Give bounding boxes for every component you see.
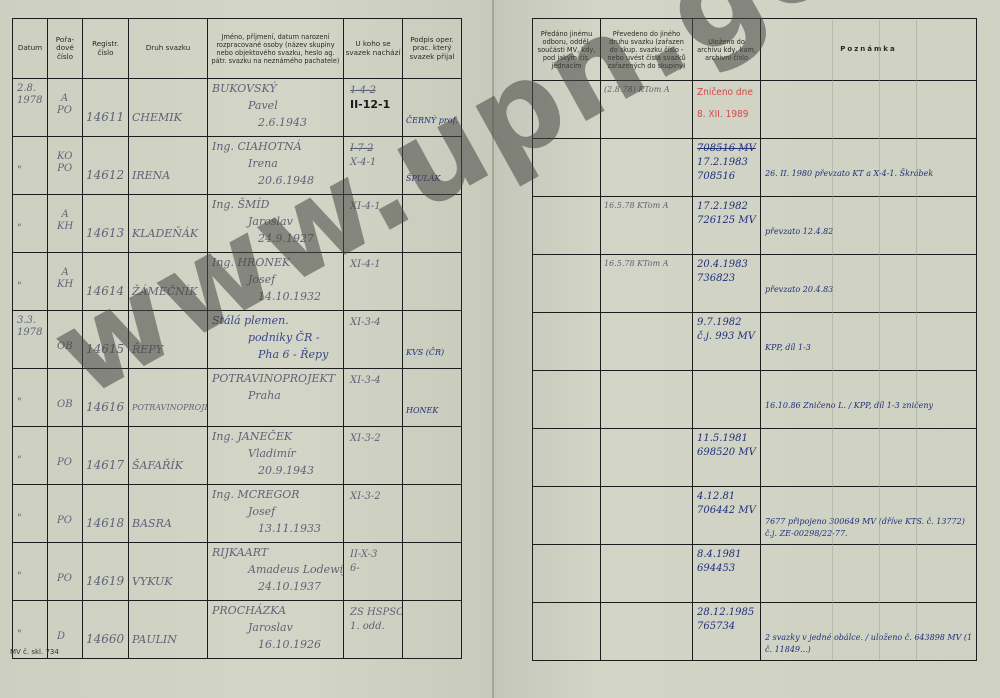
cell-jmeno: PROCHÁZKAJaroslav16.10.1926 [208, 601, 344, 659]
cell-podpis: ŠPULÁK [403, 137, 462, 195]
col-header-poradove-cislo: Pořa- dové číslo [48, 19, 83, 79]
cell-poznamka: 2 svazky v jedné obálce. / uloženo č. 64… [761, 603, 977, 661]
col-header-podpis: Podpis oper. prac. který svazek přijal [403, 19, 462, 79]
cell-registr: 14618 [83, 485, 129, 543]
cell-poradove: OB [48, 369, 83, 427]
table-row: " PO 14617 ŠAFAŘÍK Ing. JANEČEKVladimír2… [13, 427, 462, 485]
cell-jmeno: POTRAVINOPROJEKTPraha [208, 369, 344, 427]
cell-ulozeno: 28.12.1985765734 [693, 603, 761, 661]
order-code: KO PO [57, 151, 72, 175]
archive-entry: č.j. 993 MV [697, 331, 755, 343]
cell-podpis [403, 485, 462, 543]
cell-jmeno: Stálá plemen.podniky ČR -Pha 6 - Řepy [208, 311, 344, 369]
cell-prevedeno [601, 487, 693, 545]
order-code: A PO [57, 93, 72, 117]
archive-entry: 706442 MV [697, 505, 756, 517]
cell-poradove: A KH [48, 253, 83, 311]
table-row: " PO 14618 BASRA Ing. MCREGORJosef13.11.… [13, 485, 462, 543]
cell-prevedeno: 16.5.78 KTom A [601, 197, 693, 255]
cell-u-koho: 1-4-2II-12-1 [344, 79, 403, 137]
cell-predano [533, 313, 601, 371]
table-row: 16.5.78 KTom A 17.2.1982726125 MV převza… [533, 197, 977, 255]
cell-poznamka [761, 81, 977, 139]
cell-podpis: KVS (ČR) [403, 311, 462, 369]
cell-registr: 14612 [83, 137, 129, 195]
archive-entry: 20.4.1983 [697, 259, 748, 271]
cell-datum: " [13, 543, 48, 601]
cell-registr: 14617 [83, 427, 129, 485]
archive-entry: 11.5.1981 [697, 433, 748, 445]
cell-prevedeno [601, 139, 693, 197]
location-code: I-7-2 [350, 143, 373, 155]
date-value: 2.8. 1978 [17, 83, 42, 107]
cell-predano [533, 139, 601, 197]
cell-u-koho: XI-3-2 [344, 427, 403, 485]
cell-predano [533, 603, 601, 661]
table-row: 708516 MV17.2.1983708516 26. II. 1980 př… [533, 139, 977, 197]
cell-predano [533, 197, 601, 255]
signature: HONEK [406, 405, 438, 417]
order-code: OB [57, 399, 73, 411]
registration-number: 14618 [86, 517, 124, 529]
name-line: Jaroslav [248, 216, 293, 228]
order-code: PO [57, 515, 72, 527]
registry-table-right: Předáno jinému odboru, odděl. součásti M… [532, 18, 977, 661]
registration-number: 14614 [86, 285, 124, 297]
table-row: 16.5.78 KTom A 20.4.1983736823 převzato … [533, 255, 977, 313]
cell-u-koho: XI-3-4 [344, 369, 403, 427]
name-line: Ing. JANEČEK [212, 431, 292, 443]
name-line: Stálá plemen. [212, 315, 289, 327]
name-line: POTRAVINOPROJEKT [212, 373, 335, 385]
cell-registr: 14611 [83, 79, 129, 137]
date-value: " [17, 513, 22, 525]
name-line: 14.10.1932 [258, 291, 321, 303]
archive-entry: Zničeno dne [697, 87, 753, 99]
cell-podpis: ČERNÝ prof. [403, 79, 462, 137]
cell-registr: 14619 [83, 543, 129, 601]
archive-entry: 765734 [697, 621, 735, 633]
registration-number: 14617 [86, 459, 124, 471]
cell-u-koho: ZS HSPSOSV1. odd. [344, 601, 403, 659]
poznamka-label: Poznámka [840, 45, 896, 53]
cell-jmeno: Ing. MCREGORJosef13.11.1933 [208, 485, 344, 543]
file-type: BASRA [132, 518, 172, 530]
registration-number: 14613 [86, 227, 124, 239]
cell-ulozeno: 4.12.81706442 MV [693, 487, 761, 545]
cell-ulozeno: 11.5.1981698520 MV [693, 429, 761, 487]
registration-number: 14611 [86, 111, 124, 123]
cell-datum: " [13, 137, 48, 195]
name-line: 20.6.1948 [258, 175, 314, 187]
name-line: Josef [248, 506, 275, 518]
remark: převzato 12.4.82 [765, 226, 975, 238]
cell-poradove: A KH [48, 195, 83, 253]
signature: ČERNÝ prof. [406, 115, 458, 127]
col-header-ulozeno: Uloženo do archivu kdy, kam, archivní čí… [693, 19, 761, 81]
registration-number: 14612 [86, 169, 124, 181]
cell-podpis [403, 427, 462, 485]
cell-poradove: PO [48, 427, 83, 485]
col-header-datum: Datum [13, 19, 48, 79]
cell-prevedeno: (2.8.78) KTom A [601, 81, 693, 139]
cell-poznamka [761, 545, 977, 603]
faint-column-line [832, 20, 833, 660]
col-header-registr-cislo: Registr. číslo [83, 19, 129, 79]
file-type: PAULIN [132, 634, 177, 646]
name-line: Vladimír [248, 448, 296, 460]
cell-poradove: OB [48, 311, 83, 369]
cell-datum: " [13, 485, 48, 543]
cell-u-koho: XI-4-1 [344, 195, 403, 253]
cell-predano [533, 255, 601, 313]
cell-druh: IRENA [129, 137, 208, 195]
cell-prevedeno [601, 313, 693, 371]
cell-podpis [403, 601, 462, 659]
cell-ulozeno: 17.2.1982726125 MV [693, 197, 761, 255]
cell-ulozeno: Zničeno dne8. XII. 1989 [693, 81, 761, 139]
archive-entry: 4.12.81 [697, 491, 735, 503]
faint-column-line [879, 20, 880, 660]
name-line: Pavel [248, 100, 278, 112]
col-header-predano: Předáno jinému odboru, odděl. součásti M… [533, 19, 601, 81]
cell-podpis [403, 543, 462, 601]
order-code: A KH [57, 267, 73, 291]
cell-prevedeno: 16.5.78 KTom A [601, 255, 693, 313]
cell-poznamka: převzato 20.4.83 [761, 255, 977, 313]
remark: 2 svazky v jedné obálce. / uloženo č. 64… [765, 632, 975, 656]
archive-entry: 708516 [697, 171, 735, 183]
cell-druh: ŽÁMEČNÍK [129, 253, 208, 311]
cell-jmeno: RIJKAARTAmadeus Lodewijk24.10.1937 [208, 543, 344, 601]
name-line: Jaroslav [248, 622, 293, 634]
cell-druh: ŠAFAŘÍK [129, 427, 208, 485]
date-value: " [17, 281, 22, 293]
remark: 16.10.86 Zničeno L. / KPP, díl 1-3 zniče… [765, 400, 975, 412]
cell-u-koho: XI-4-1 [344, 253, 403, 311]
date-value: " [17, 571, 22, 583]
cell-prevedeno [601, 603, 693, 661]
location-code: XI-4-1 [350, 259, 381, 271]
cell-predano [533, 545, 601, 603]
col-header-druh-svazku: Druh svazku [129, 19, 208, 79]
location-code: XI-3-4 [350, 375, 381, 387]
cell-druh: ŘEPY [129, 311, 208, 369]
archive-entry: 17.2.1982 [697, 201, 748, 213]
cell-datum: " [13, 427, 48, 485]
cell-poznamka: 16.10.86 Zničeno L. / KPP, díl 1-3 zniče… [761, 371, 977, 429]
table-row: " OB 14616 POTRAVINOPROJEKT POTRAVINOPRO… [13, 369, 462, 427]
converted-note: (2.8.78) KTom A [604, 84, 670, 96]
registration-number: 14619 [86, 575, 124, 587]
table-row: 11.5.1981698520 MV [533, 429, 977, 487]
archive-entry: 9.7.1982 [697, 317, 742, 329]
cell-datum: " [13, 369, 48, 427]
cell-poradove: KO PO [48, 137, 83, 195]
cell-poznamka [761, 429, 977, 487]
table-row: 16.10.86 Zničeno L. / KPP, díl 1-3 zniče… [533, 371, 977, 429]
archive-entry: 8.4.1981 [697, 549, 742, 561]
location-code: 6- [350, 563, 360, 575]
converted-note: 16.5.78 KTom A [604, 258, 669, 270]
location-code: XI-3-2 [350, 491, 381, 503]
cell-druh: VYKUK [129, 543, 208, 601]
remark: 7677 připojeno 300649 MV (dříve KTS. č. … [765, 516, 975, 540]
cell-ulozeno: 708516 MV17.2.1983708516 [693, 139, 761, 197]
name-line: Josef [248, 274, 275, 286]
faint-column-line [916, 20, 917, 660]
cell-jmeno: BUKOVSKÝPavel2.6.1943 [208, 79, 344, 137]
cell-u-koho: XI-3-4 [344, 311, 403, 369]
remark: KPP, díl 1-3 [765, 342, 975, 354]
cell-ulozeno: 9.7.1982č.j. 993 MV [693, 313, 761, 371]
order-code: PO [57, 573, 72, 585]
name-line: Praha [248, 390, 281, 402]
location-code: 1-4-2 [350, 85, 376, 97]
table-row: 9.7.1982č.j. 993 MV KPP, díl 1-3 [533, 313, 977, 371]
table-row: 4.12.81706442 MV 7677 připojeno 300649 M… [533, 487, 977, 545]
cell-podpis: HONEK [403, 369, 462, 427]
cell-jmeno: Ing. HRONEKJosef14.10.1932 [208, 253, 344, 311]
cell-registr: 14615 [83, 311, 129, 369]
cell-druh: KLADEŇÁK [129, 195, 208, 253]
cell-prevedeno [601, 371, 693, 429]
name-line: 24.9.1927 [258, 233, 314, 245]
col-header-u-koho: U koho se svazek nachází [344, 19, 403, 79]
form-code: MV č. skl. 734 [10, 648, 59, 656]
remark: 26. II. 1980 převzato KT a X-4-1. Škrábe… [765, 168, 975, 180]
name-line: 2.6.1943 [258, 117, 307, 129]
name-line: 16.10.1926 [258, 639, 321, 651]
file-type: ŽÁMEČNÍK [132, 286, 197, 298]
cell-u-koho: II-X-36- [344, 543, 403, 601]
cell-poznamka: KPP, díl 1-3 [761, 313, 977, 371]
registration-number: 14615 [86, 343, 124, 355]
name-line: BUKOVSKÝ [212, 83, 277, 95]
cell-ulozeno: 20.4.1983736823 [693, 255, 761, 313]
archive-entry: 736823 [697, 273, 735, 285]
cell-u-koho: XI-3-2 [344, 485, 403, 543]
cell-ulozeno: 8.4.1981694453 [693, 545, 761, 603]
location-code: XI-3-4 [350, 317, 381, 329]
cell-u-koho: I-7-2X-4-1 [344, 137, 403, 195]
table-row: " A KH 14614 ŽÁMEČNÍK Ing. HRONEKJosef14… [13, 253, 462, 311]
location-code: X-4-1 [350, 157, 376, 169]
cell-poradove: A PO [48, 79, 83, 137]
cell-datum: " [13, 253, 48, 311]
file-type: POTRAVINOPROJEKT [132, 402, 208, 414]
cell-druh: POTRAVINOPROJEKT [129, 369, 208, 427]
cell-poradove: PO [48, 485, 83, 543]
name-line: Ing. HRONEK [212, 257, 290, 269]
file-type: ŠAFAŘÍK [132, 460, 183, 472]
archive-entry: 726125 MV [697, 215, 756, 227]
archive-entry: 28.12.1985 [697, 607, 754, 619]
remark: převzato 20.4.83 [765, 284, 975, 296]
table-row: " KO PO 14612 IRENA Ing. CIAHOTNÁIrena20… [13, 137, 462, 195]
header-row: Datum Pořa- dové číslo Registr. číslo Dr… [13, 19, 462, 79]
cell-ulozeno [693, 371, 761, 429]
cell-registr: 14614 [83, 253, 129, 311]
table-row: (2.8.78) KTom A Zničeno dne8. XII. 1989 [533, 81, 977, 139]
cell-poznamka: 7677 připojeno 300649 MV (dříve KTS. č. … [761, 487, 977, 545]
table-row: 28.12.1985765734 2 svazky v jedné obálce… [533, 603, 977, 661]
order-code: PO [57, 457, 72, 469]
cell-registr: 14660 [83, 601, 129, 659]
name-line: Ing. CIAHOTNÁ [212, 141, 302, 153]
table-row: " A KH 14613 KLADEŇÁK Ing. ŠMÍDJaroslav2… [13, 195, 462, 253]
cell-podpis [403, 195, 462, 253]
table-row: 8.4.1981694453 [533, 545, 977, 603]
cell-datum: 2.8. 1978 [13, 79, 48, 137]
table-row: 2.8. 1978 A PO 14611 CHEMIK BUKOVSKÝPave… [13, 79, 462, 137]
cell-datum: 3.3. 1978 [13, 311, 48, 369]
date-value: " [17, 165, 22, 177]
date-value: " [17, 629, 22, 641]
date-value: " [17, 397, 22, 409]
archive-entry: 17.2.1983 [697, 157, 748, 169]
name-line: PROCHÁZKA [212, 605, 286, 617]
file-type: IRENA [132, 170, 170, 182]
cell-registr: 14616 [83, 369, 129, 427]
date-value: " [17, 455, 22, 467]
converted-note: 16.5.78 KTom A [604, 200, 669, 212]
signature: ŠPULÁK [406, 173, 441, 185]
header-row: Předáno jinému odboru, odděl. součásti M… [533, 19, 977, 81]
cell-druh: BASRA [129, 485, 208, 543]
cell-predano [533, 487, 601, 545]
date-value: " [17, 223, 22, 235]
name-line: 13.11.1933 [258, 523, 321, 535]
cell-poradove: PO [48, 543, 83, 601]
location-code: XI-4-1 [350, 201, 381, 213]
signature: KVS (ČR) [406, 347, 444, 359]
cell-registr: 14613 [83, 195, 129, 253]
cell-podpis [403, 253, 462, 311]
location-code: II-X-3 [350, 549, 377, 561]
location-code: XI-3-2 [350, 433, 381, 445]
cell-datum: " [13, 195, 48, 253]
col-header-jmeno: Jméno, příjmení, datum narození rozpraco… [208, 19, 344, 79]
cell-prevedeno [601, 429, 693, 487]
name-line: podniky ČR - [248, 332, 320, 344]
location-code: ZS HSPSOSV [350, 607, 403, 619]
cell-jmeno: Ing. CIAHOTNÁIrena20.6.1948 [208, 137, 344, 195]
order-code: A KH [57, 209, 73, 233]
location-code: II-12-1 [350, 99, 390, 111]
name-line: Amadeus Lodewijk [248, 564, 344, 576]
book-fold [492, 0, 494, 698]
file-type: KLADEŇÁK [132, 228, 198, 240]
order-code: OB [57, 341, 73, 353]
cell-predano [533, 371, 601, 429]
location-code: 1. odd. [350, 621, 385, 633]
name-line: RIJKAART [212, 547, 268, 559]
col-header-prevedeno: Převedeno do jiného druhu svazku (zařaze… [601, 19, 693, 81]
archive-entry: 708516 MV [697, 143, 756, 155]
archive-entry: 698520 MV [697, 447, 756, 459]
name-line: 24.10.1937 [258, 581, 321, 593]
cell-predano [533, 81, 601, 139]
cell-druh: PAULIN [129, 601, 208, 659]
name-line: Ing. MCREGOR [212, 489, 300, 501]
cell-poznamka: 26. II. 1980 převzato KT a X-4-1. Škrábe… [761, 139, 977, 197]
file-type: CHEMIK [132, 112, 182, 124]
registration-number: 14616 [86, 401, 124, 413]
cell-poznamka: převzato 12.4.82 [761, 197, 977, 255]
date-value: 3.3. 1978 [17, 315, 42, 339]
table-row: " PO 14619 VYKUK RIJKAARTAmadeus Lodewij… [13, 543, 462, 601]
archive-entry: 8. XII. 1989 [697, 109, 749, 121]
registration-number: 14660 [86, 633, 124, 645]
cell-predano [533, 429, 601, 487]
name-line: Ing. ŠMÍD [212, 199, 269, 211]
cell-druh: CHEMIK [129, 79, 208, 137]
name-line: Irena [248, 158, 278, 170]
cell-jmeno: Ing. JANEČEKVladimír20.9.1943 [208, 427, 344, 485]
name-line: 20.9.1943 [258, 465, 314, 477]
cell-prevedeno [601, 545, 693, 603]
name-line: Pha 6 - Řepy [258, 349, 328, 361]
table-row: 3.3. 1978 OB 14615 ŘEPY Stálá plemen.pod… [13, 311, 462, 369]
registry-table-left: Datum Pořa- dové číslo Registr. číslo Dr… [12, 18, 462, 659]
order-code: D [57, 631, 65, 643]
col-header-poznamka: Poznámka [761, 19, 977, 81]
cell-jmeno: Ing. ŠMÍDJaroslav24.9.1927 [208, 195, 344, 253]
table-row: " D 14660 PAULIN PROCHÁZKAJaroslav16.10.… [13, 601, 462, 659]
file-type: ŘEPY [132, 344, 163, 356]
archive-entry: 694453 [697, 563, 735, 575]
file-type: VYKUK [132, 576, 173, 588]
